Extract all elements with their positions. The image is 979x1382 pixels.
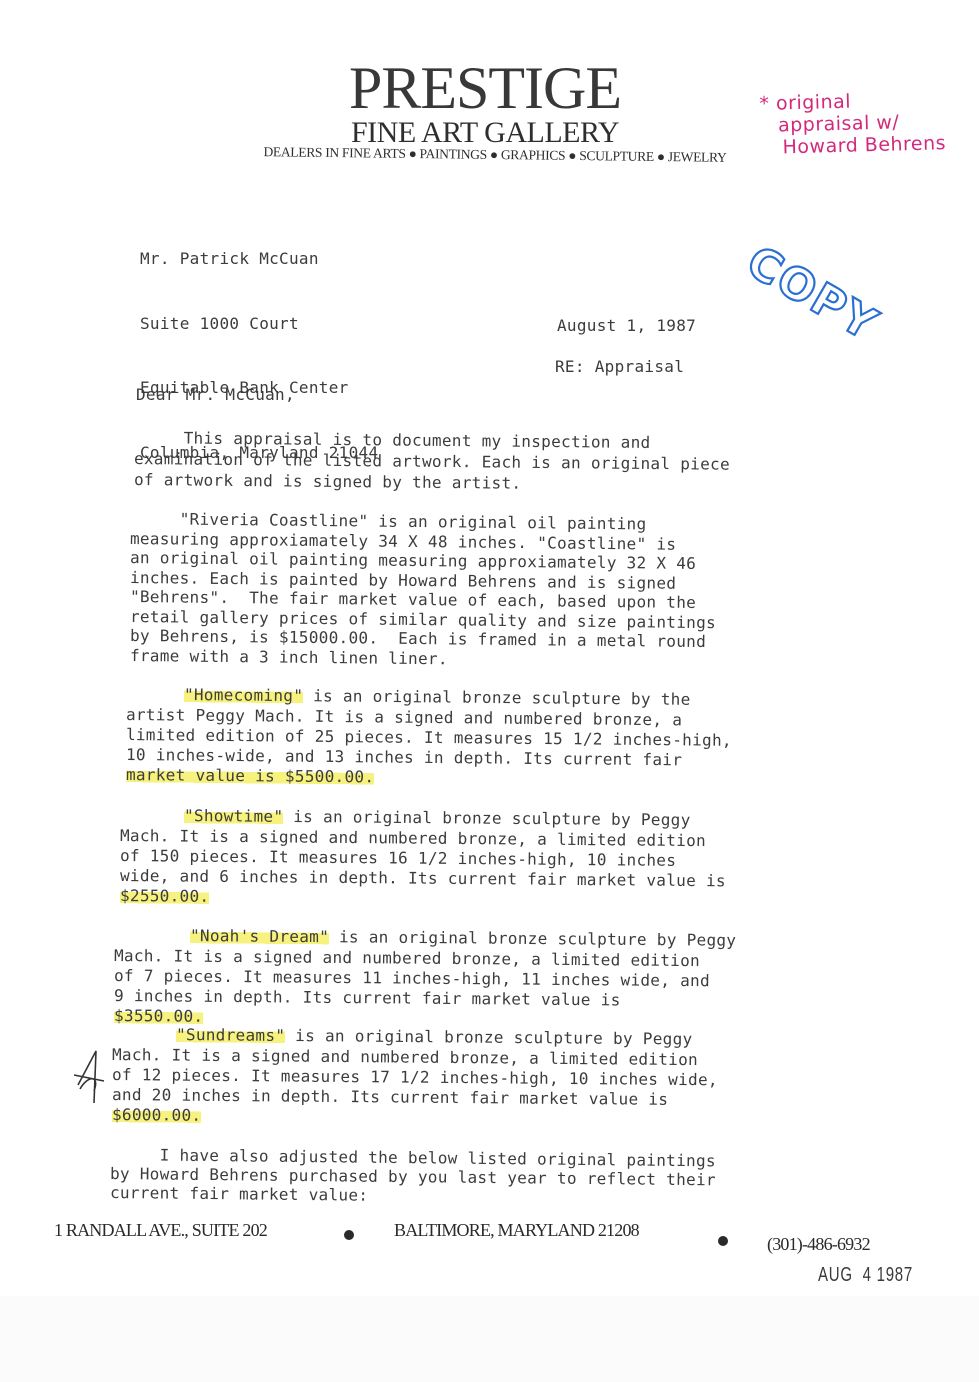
artwork-title: "Showtime" — [184, 806, 283, 826]
copy-stamp: COPY — [738, 240, 938, 350]
body-line: current fair market value: — [110, 1183, 368, 1205]
artwork-value: $6000.00. — [112, 1105, 202, 1125]
scan-bottom-margin — [0, 1296, 979, 1382]
artwork-value: market value is $5500.00. — [126, 765, 374, 786]
bullet-separator — [718, 1236, 728, 1246]
artwork-title: "Homecoming" — [184, 685, 303, 705]
gallery-tagline: DEALERS IN FINE ARTS ● PAINTINGS ● GRAPH… — [215, 144, 775, 167]
artwork-value: $3550.00. — [114, 1006, 204, 1026]
artwork-title: "Noah's Dream" — [190, 926, 329, 946]
footer-address: 1 RANDALL AVE., SUITE 202 — [54, 1220, 267, 1241]
artwork-title: "Sundreams" — [176, 1025, 285, 1045]
handwritten-note: * original appraisal w/ Howard Behrens — [759, 87, 979, 159]
subject-line: RE: Appraisal — [555, 357, 684, 376]
note-line: Howard Behrens — [760, 131, 979, 159]
bullet-separator — [344, 1230, 354, 1240]
gallery-name: PRESTIGE — [330, 58, 640, 118]
body-line: "Homecoming" is an original bronze sculp… — [184, 685, 691, 709]
body-line: wide, and 6 inches in depth. Its current… — [120, 866, 726, 890]
initials-mark — [70, 1045, 110, 1105]
body-line: "Noah's Dream" is an original bronze scu… — [190, 926, 736, 950]
body-line: $6000.00. — [112, 1105, 202, 1125]
letter-date: August 1, 1987 — [557, 316, 696, 335]
received-date-stamp: AUG 4 1987 — [818, 1264, 913, 1287]
address-line: Suite 1000 Court — [140, 313, 378, 335]
address-line: Mr. Patrick McCuan — [140, 248, 378, 270]
svg-text:COPY: COPY — [738, 240, 886, 350]
body-line: frame with a 3 inch linen liner. — [130, 646, 448, 668]
body-line: $2550.00. — [120, 886, 210, 906]
footer-phone: (301)-486-6932 — [767, 1234, 870, 1255]
footer-city: BALTIMORE, MARYLAND 21208 — [394, 1220, 639, 1241]
salutation: Dear Mr. McCuan, — [136, 385, 295, 404]
artwork-value: $2550.00. — [120, 886, 210, 906]
body-line: $3550.00. — [114, 1006, 204, 1026]
body-line: "Showtime" is an original bronze sculptu… — [184, 806, 691, 829]
body-line: of artwork and is signed by the artist. — [134, 470, 522, 493]
body-line: market value is $5500.00. — [126, 765, 374, 786]
body-line: "Sundreams" is an original bronze sculpt… — [176, 1025, 693, 1049]
